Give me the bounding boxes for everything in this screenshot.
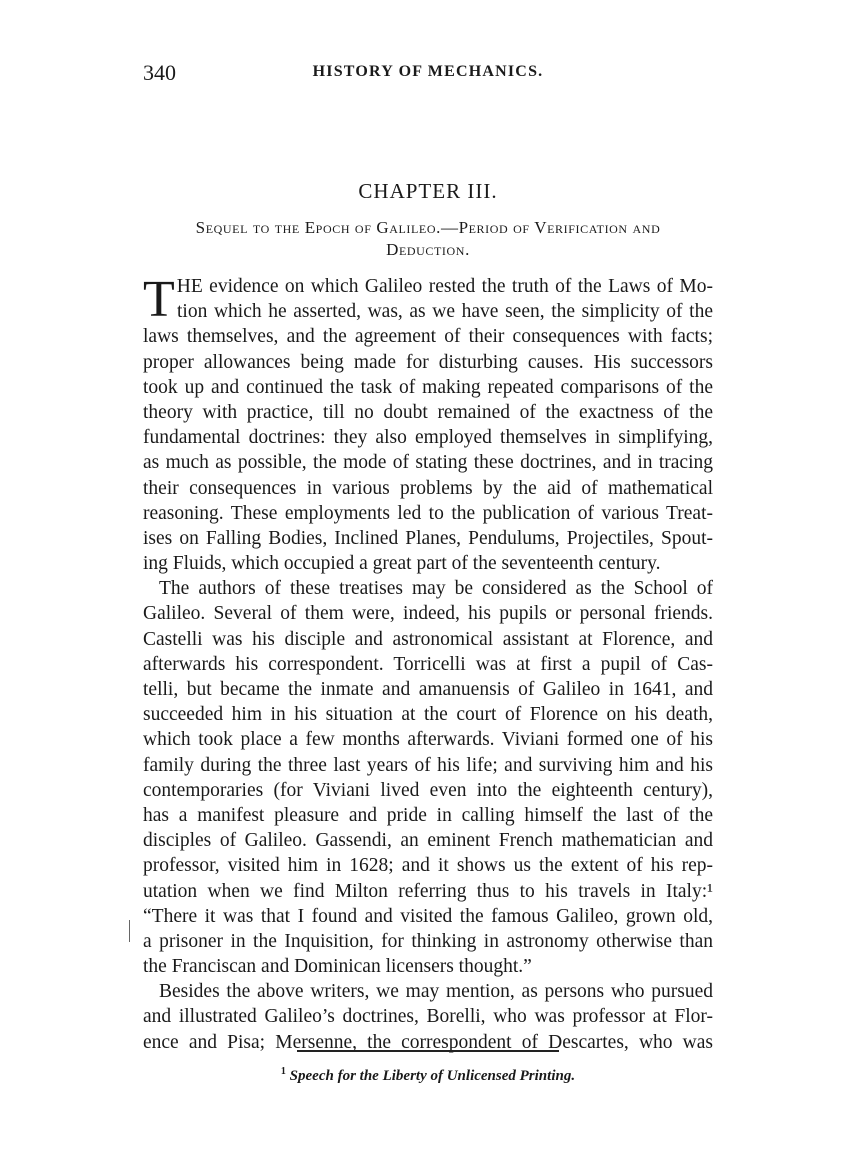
text-line: tion which he asserted, was, as we have … xyxy=(143,299,713,324)
footnote-marker: 1 xyxy=(281,1066,286,1077)
text-line: took up and continued the task of making… xyxy=(143,375,713,400)
chapter-subtitle: Sequel to the Epoch of Galileo.—Period o… xyxy=(143,217,713,261)
text-line: the Franciscan and Dominican licensers t… xyxy=(143,954,713,979)
text-line: “There it was that I found and visited t… xyxy=(143,904,713,929)
text-line: afterwards his correspondent. Torricelli… xyxy=(143,652,713,677)
text-line: utation when we find Milton referring th… xyxy=(143,879,713,904)
footnote-text: Speech for the Liberty of Unlicensed Pri… xyxy=(290,1068,575,1084)
text-line: proper allowances being made for disturb… xyxy=(143,350,713,375)
running-title: HISTORY OF MECHANICS. xyxy=(143,63,713,81)
footnote: 1 Speech for the Liberty of Unlicensed P… xyxy=(143,1066,713,1085)
book-page: 340 HISTORY OF MECHANICS. CHAPTER III. S… xyxy=(0,0,850,1150)
text-line: disciples of Galileo. Gassendi, an emine… xyxy=(143,828,713,853)
running-head: 340 HISTORY OF MECHANICS. xyxy=(143,60,713,90)
text-line: as much as possible, the mode of stating… xyxy=(143,450,713,475)
text-line: family during the three last years of hi… xyxy=(143,753,713,778)
text-line: fundamental doctrines: they also employe… xyxy=(143,425,713,450)
text-line: theory with practice, till no doubt rema… xyxy=(143,400,713,425)
drop-cap: T xyxy=(143,278,175,322)
text-line: contemporaries (for Viviani lived even i… xyxy=(143,778,713,803)
text-line: has a manifest pleasure and pride in cal… xyxy=(143,803,713,828)
text-line: and illustrated Galileo’s doctrines, Bor… xyxy=(143,1004,713,1029)
text-line: reasoning. These employments led to the … xyxy=(143,501,713,526)
text-line: which took place a few months afterwards… xyxy=(143,727,713,752)
text-line: Castelli was his disciple and astronomic… xyxy=(143,627,713,652)
text-line: laws themselves, and the agreement of th… xyxy=(143,324,713,349)
text-line: their consequences in various problems b… xyxy=(143,476,713,501)
text-line: ing Fluids, which occupied a great part … xyxy=(143,551,713,576)
text-line: THE evidence on which Galileo rested the… xyxy=(143,274,713,299)
chapter-subtitle-line-2: Deduction. xyxy=(143,239,713,261)
text-line: a prisoner in the Inquisition, for think… xyxy=(143,929,713,954)
chapter-title: CHAPTER III. xyxy=(143,179,713,204)
text-line: telli, but became the inmate and amanuen… xyxy=(143,677,713,702)
margin-mark xyxy=(129,920,130,942)
text-line: Galileo. Several of them were, indeed, h… xyxy=(143,601,713,626)
footnote-rule xyxy=(297,1050,559,1052)
text-line: Besides the above writers, we may mentio… xyxy=(143,979,713,1004)
text-line: succeeded him in his situation at the co… xyxy=(143,702,713,727)
body-text: THE evidence on which Galileo rested the… xyxy=(143,274,713,1055)
text-line: The authors of these treatises may be co… xyxy=(143,576,713,601)
text-line: professor, visited him in 1628; and it s… xyxy=(143,853,713,878)
chapter-subtitle-line-1: Sequel to the Epoch of Galileo.—Period o… xyxy=(143,217,713,239)
text-line: ises on Falling Bodies, Inclined Planes,… xyxy=(143,526,713,551)
